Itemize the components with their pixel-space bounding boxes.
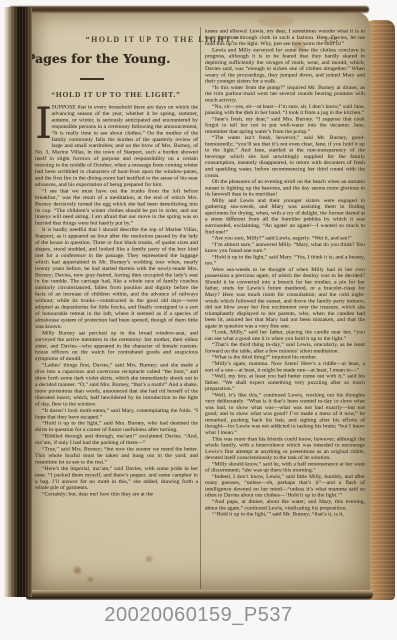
paper-stain bbox=[293, 41, 305, 50]
left-paragraph-list: “I see that we must have out the trunks … bbox=[35, 188, 198, 498]
book-bottom-edge bbox=[26, 590, 373, 600]
right-column: knees and elbows! Lewis, my dear, I some… bbox=[205, 28, 365, 590]
article-title: “HOLD IT UP TO THE LIGHT.” bbox=[34, 90, 198, 99]
paragraph: “Look, Milly,” said her father, placing … bbox=[205, 329, 365, 342]
paragraph: Milly Burney sat perched up in the broad… bbox=[35, 330, 198, 362]
paragraph: “Hold it up to the light,” said Mrs. Bur… bbox=[35, 420, 198, 433]
paragraph: “Jane’s fresh, my dear,” said Mrs. Burne… bbox=[205, 116, 365, 135]
paragraph: “True,” said Mrs. Burney; “but now the s… bbox=[35, 446, 198, 465]
paragraph: “The water isn’t fresh, however,” said M… bbox=[205, 135, 365, 179]
heading-rule bbox=[80, 78, 104, 80]
left-column: ISUPPOSE that in every household there a… bbox=[35, 104, 198, 567]
opening-paragraph-text: SUPPOSE that in every household there ar… bbox=[35, 104, 198, 187]
paragraph: It is hardly needful that I should descr… bbox=[35, 227, 198, 330]
paragraph: Lewis and Milly surveyed for some time t… bbox=[205, 47, 365, 85]
paragraph: “Well, it’s like this,” continued Lewis,… bbox=[205, 392, 365, 436]
paragraph: “Ladies’ things first, Davies,” said Mrs… bbox=[35, 362, 198, 407]
book-top-edge bbox=[9, 6, 369, 13]
paragraph: “I’m almost sure,” answered Milly. “Mary… bbox=[205, 241, 365, 254]
archive-id-label: 20020060159_P537 bbox=[0, 604, 397, 627]
paragraph: “Milly’s agate, mamma. Now listen! Here’… bbox=[205, 360, 365, 373]
paper-stain bbox=[74, 567, 81, 574]
paragraph: Were sea-weeds to be thought of when Mil… bbox=[205, 266, 365, 329]
paragraph: “Certainly; but, dear me! how thin they … bbox=[35, 491, 198, 497]
scanned-book-photo: “HOLD IT UP TO THE LIGHT.” 375 Pages for… bbox=[0, 0, 397, 640]
paragraph: “Here’s the imperial, ma’am,” said Davie… bbox=[35, 465, 198, 491]
paper-stain bbox=[258, 16, 294, 27]
paragraph: “‘Hold it up to the light,’” said Mr. Bu… bbox=[205, 511, 365, 517]
paragraph: “It doesn’t look moth-eaten,” said Mary,… bbox=[35, 407, 198, 420]
opening-paragraph: ISUPPOSE that in every household there a… bbox=[35, 104, 198, 188]
right-column-text: knees and elbows! Lewis, my dear, I some… bbox=[205, 28, 365, 517]
paragraph: “Milly should know,” said he, with a hal… bbox=[205, 461, 365, 474]
paragraph: Oh the pleasures of an evening stroll on… bbox=[205, 179, 365, 198]
paragraph: This was more than his friends could kno… bbox=[205, 436, 365, 461]
paragraph: Milly and Lewis and their younger sister… bbox=[205, 197, 365, 235]
drop-cap-initial: I bbox=[35, 106, 48, 144]
book-page: “HOLD IT UP TO THE LIGHT.” 375 Pages for… bbox=[30, 11, 370, 592]
paragraph: “Riddled through and through, ma’am!” ex… bbox=[35, 433, 198, 446]
paragraph: “Is this water from the pump?” inquired … bbox=[205, 84, 365, 103]
paragraph: “And papa, at dinner, about the water; a… bbox=[205, 499, 365, 512]
paragraph: “Are you sure, Milly?” said Lewis, eager… bbox=[205, 235, 365, 241]
column-divider-rule bbox=[200, 27, 201, 589]
paragraph: “That’s the third thing to-day,” said Le… bbox=[205, 342, 365, 355]
paper-stain bbox=[146, 556, 152, 562]
paragraph: “Well, my boy, at least you had better c… bbox=[205, 373, 365, 392]
paragraph: “Indeed, I don’t know, Lewis,” said litt… bbox=[205, 473, 365, 498]
paper-stain bbox=[88, 577, 93, 582]
left-column-text: ISUPPOSE that in every household there a… bbox=[35, 104, 198, 498]
paragraph: “I see that we must have out the trunks … bbox=[35, 188, 198, 227]
paragraph: “Hold it up to the light,” said Mary. “Y… bbox=[205, 254, 365, 267]
paragraph: “No, sir—yes, sir—at least—I’m sure, sir… bbox=[205, 103, 365, 116]
paragraph: knees and elbows! Lewis, my dear, I some… bbox=[205, 28, 365, 47]
book-gutter bbox=[4, 7, 32, 597]
section-heading: Pages for the Young. bbox=[26, 51, 156, 66]
